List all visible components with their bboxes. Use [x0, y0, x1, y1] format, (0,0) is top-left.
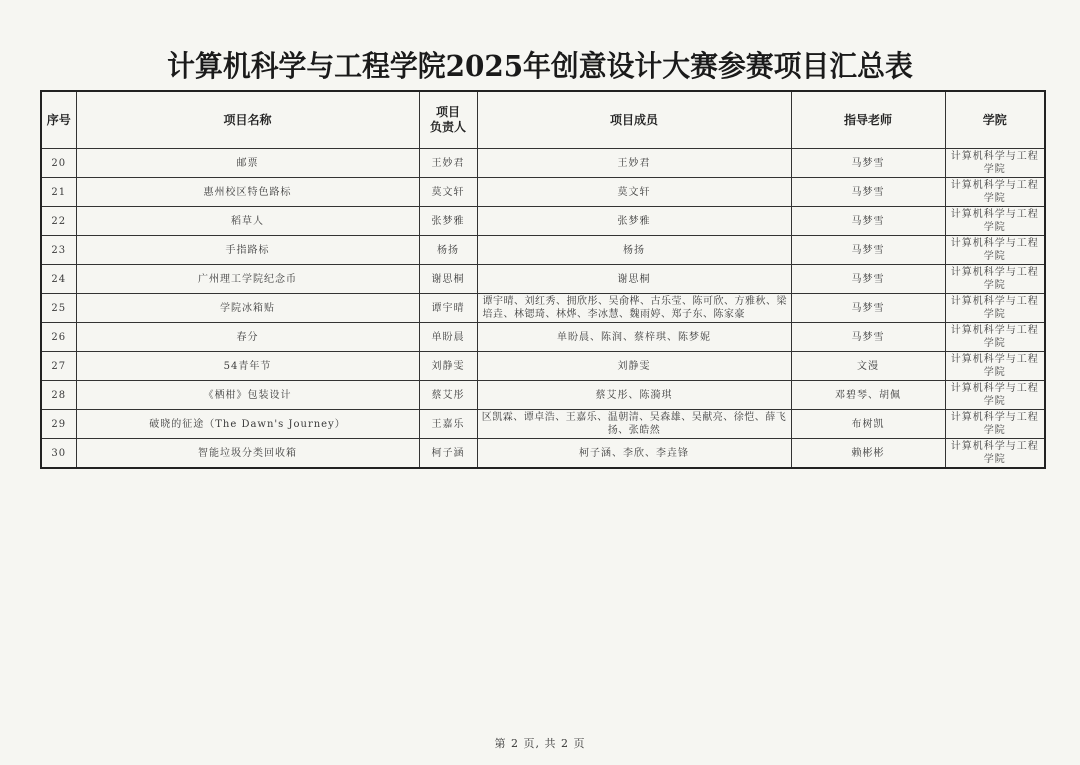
cell-members: 区凯霖、谭卓浩、王嘉乐、温朝清、吴森雄、吴献亮、徐恺、薛飞扬、张皓然	[477, 410, 791, 439]
cell-college: 计算机科学与工程学院	[945, 265, 1045, 294]
table-row: 23 手指路标 杨扬 杨扬 马梦雪 计算机科学与工程学院	[41, 236, 1045, 265]
header-leader-line1: 项目	[422, 105, 475, 120]
cell-college: 计算机科学与工程学院	[945, 439, 1045, 469]
cell-college: 计算机科学与工程学院	[945, 207, 1045, 236]
header-leader-line2: 负责人	[422, 120, 475, 135]
cell-project-name: 54青年节	[76, 352, 419, 381]
cell-members: 谭宇晴、刘红秀、拥欣彤、吴俞桦、古乐莹、陈可欣、方雅秋、梁培垚、林锶琦、林烨、李…	[477, 294, 791, 323]
table-row: 30 智能垃圾分类回收箱 柯子涵 柯子涵、李欣、李垚锋 赖彬彬 计算机科学与工程…	[41, 439, 1045, 469]
cell-advisor: 邓碧琴、胡佩	[791, 381, 945, 410]
header-project-name: 项目名称	[76, 91, 419, 149]
cell-leader: 王嘉乐	[419, 410, 477, 439]
cell-project-name: 邮票	[76, 149, 419, 178]
cell-no: 23	[41, 236, 76, 265]
cell-college: 计算机科学与工程学院	[945, 149, 1045, 178]
cell-leader: 刘静雯	[419, 352, 477, 381]
cell-no: 28	[41, 381, 76, 410]
cell-no: 24	[41, 265, 76, 294]
cell-leader: 杨扬	[419, 236, 477, 265]
cell-project-name: 破晓的征途（The Dawn's Journey）	[76, 410, 419, 439]
table-row: 21 惠州校区特色路标 莫文轩 莫文轩 马梦雪 计算机科学与工程学院	[41, 178, 1045, 207]
cell-project-name: 春分	[76, 323, 419, 352]
cell-advisor: 马梦雪	[791, 178, 945, 207]
cell-project-name: 惠州校区特色路标	[76, 178, 419, 207]
table-row: 22 稻草人 张梦雅 张梦雅 马梦雪 计算机科学与工程学院	[41, 207, 1045, 236]
cell-college: 计算机科学与工程学院	[945, 294, 1045, 323]
table-row: 26 春分 单盼晨 单盼晨、陈润、蔡梓琪、陈梦妮 马梦雪 计算机科学与工程学院	[41, 323, 1045, 352]
cell-members: 杨扬	[477, 236, 791, 265]
cell-project-name: 稻草人	[76, 207, 419, 236]
cell-no: 30	[41, 439, 76, 469]
cell-members: 刘静雯	[477, 352, 791, 381]
cell-leader: 单盼晨	[419, 323, 477, 352]
cell-leader: 王妙君	[419, 149, 477, 178]
cell-project-name: 广州理工学院纪念币	[76, 265, 419, 294]
cell-advisor: 马梦雪	[791, 265, 945, 294]
cell-college: 计算机科学与工程学院	[945, 381, 1045, 410]
cell-advisor: 马梦雪	[791, 149, 945, 178]
cell-leader: 谢思桐	[419, 265, 477, 294]
cell-no: 26	[41, 323, 76, 352]
cell-project-name: 智能垃圾分类回收箱	[76, 439, 419, 469]
page-title: 计算机科学与工程学院2025年创意设计大赛参赛项目汇总表	[22, 44, 1059, 85]
cell-advisor: 布树凯	[791, 410, 945, 439]
cell-project-name: 手指路标	[76, 236, 419, 265]
cell-college: 计算机科学与工程学院	[945, 323, 1045, 352]
cell-members: 谢思桐	[477, 265, 791, 294]
header-no: 序号	[41, 91, 76, 149]
table-row: 27 54青年节 刘静雯 刘静雯 文漫 计算机科学与工程学院	[41, 352, 1045, 381]
cell-leader: 谭宇晴	[419, 294, 477, 323]
cell-members: 柯子涵、李欣、李垚锋	[477, 439, 791, 469]
cell-advisor: 马梦雪	[791, 294, 945, 323]
table-header-row: 序号 项目名称 项目 负责人 项目成员 指导老师 学院	[41, 91, 1045, 149]
cell-advisor: 马梦雪	[791, 236, 945, 265]
cell-no: 21	[41, 178, 76, 207]
page-number-footer: 第 2 页, 共 2 页	[0, 735, 1080, 751]
table-row: 29 破晓的征途（The Dawn's Journey） 王嘉乐 区凯霖、谭卓浩…	[41, 410, 1045, 439]
cell-project-name: 学院冰箱贴	[76, 294, 419, 323]
cell-leader: 莫文轩	[419, 178, 477, 207]
cell-college: 计算机科学与工程学院	[945, 178, 1045, 207]
header-college: 学院	[945, 91, 1045, 149]
cell-members: 张梦雅	[477, 207, 791, 236]
cell-advisor: 马梦雪	[791, 207, 945, 236]
cell-advisor: 赖彬彬	[791, 439, 945, 469]
cell-college: 计算机科学与工程学院	[945, 352, 1045, 381]
cell-advisor: 文漫	[791, 352, 945, 381]
cell-members: 王妙君	[477, 149, 791, 178]
table-row: 28 《栖柑》包装设计 蔡艾彤 蔡艾彤、陈漪琪 邓碧琴、胡佩 计算机科学与工程学…	[41, 381, 1045, 410]
cell-members: 单盼晨、陈润、蔡梓琪、陈梦妮	[477, 323, 791, 352]
cell-no: 25	[41, 294, 76, 323]
cell-advisor: 马梦雪	[791, 323, 945, 352]
table-row: 24 广州理工学院纪念币 谢思桐 谢思桐 马梦雪 计算机科学与工程学院	[41, 265, 1045, 294]
cell-no: 20	[41, 149, 76, 178]
cell-college: 计算机科学与工程学院	[945, 236, 1045, 265]
cell-no: 27	[41, 352, 76, 381]
cell-college: 计算机科学与工程学院	[945, 410, 1045, 439]
cell-no: 29	[41, 410, 76, 439]
cell-members: 蔡艾彤、陈漪琪	[477, 381, 791, 410]
header-members: 项目成员	[477, 91, 791, 149]
header-leader: 项目 负责人	[419, 91, 477, 149]
cell-no: 22	[41, 207, 76, 236]
cell-leader: 蔡艾彤	[419, 381, 477, 410]
cell-leader: 柯子涵	[419, 439, 477, 469]
header-advisor: 指导老师	[791, 91, 945, 149]
cell-members: 莫文轩	[477, 178, 791, 207]
project-summary-table: 序号 项目名称 项目 负责人 项目成员 指导老师 学院 20 邮票 王妙君 王妙…	[40, 90, 1046, 469]
cell-project-name: 《栖柑》包装设计	[76, 381, 419, 410]
table-row: 20 邮票 王妙君 王妙君 马梦雪 计算机科学与工程学院	[41, 149, 1045, 178]
cell-leader: 张梦雅	[419, 207, 477, 236]
table-row: 25 学院冰箱贴 谭宇晴 谭宇晴、刘红秀、拥欣彤、吴俞桦、古乐莹、陈可欣、方雅秋…	[41, 294, 1045, 323]
